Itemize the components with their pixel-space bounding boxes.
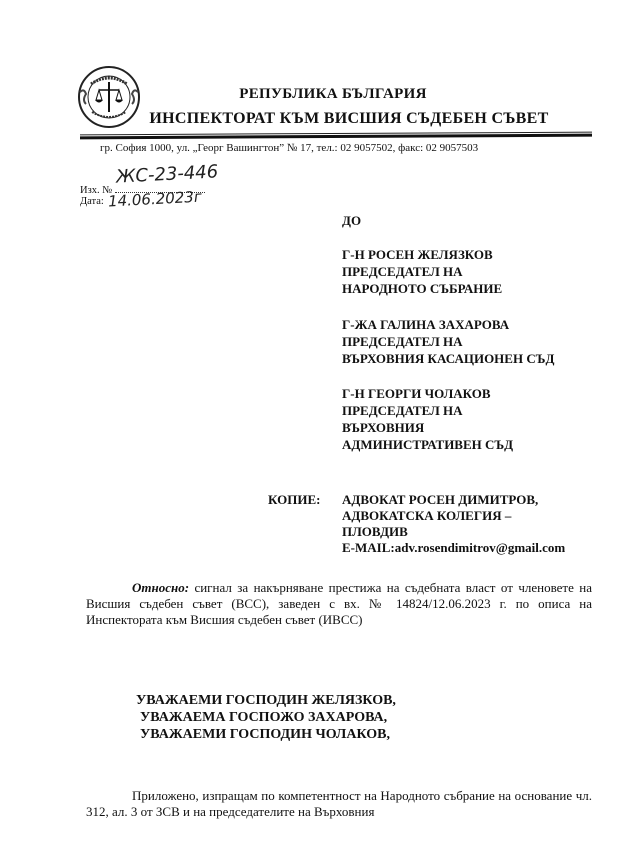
copy-email[interactable]: E-MAIL:adv.rosendimitrov@gmail.com: [342, 540, 565, 556]
recipient-line: НАРОДНОТО СЪБРАНИЕ: [342, 280, 502, 297]
recipient-block: Г-ЖА ГАЛИНА ЗАХАРОВА ПРЕДСЕДАТЕЛ НА ВЪРХ…: [342, 316, 554, 367]
recipient-line: ПРЕДСЕДАТЕЛ НА: [342, 263, 502, 280]
date-row: Дата:: [80, 196, 104, 207]
institution-title: ИНСПЕКТОРАТ КЪМ ВИСШИЯ СЪДЕБЕН СЪВЕТ: [0, 110, 626, 128]
date-label: Дата:: [80, 196, 104, 207]
copy-label: КОПИЕ:: [268, 492, 320, 508]
header-divider: [80, 132, 592, 141]
recipient-line: ПРЕДСЕДАТЕЛ НА: [342, 333, 554, 350]
recipient-line: ПРЕДСЕДАТЕЛ НА: [342, 402, 513, 419]
recipient-line: Г-ЖА ГАЛИНА ЗАХАРОВА: [342, 316, 554, 333]
copy-line: ПЛОВДИВ: [342, 524, 565, 540]
recipient-line: ВЪРХОВНИЯ КАСАЦИОНЕН СЪД: [342, 350, 554, 367]
recipient-line: Г-Н РОСЕН ЖЕЛЯЗКОВ: [342, 246, 502, 263]
to-label: ДО: [342, 212, 361, 229]
salutation-line: УВАЖАЕМА ГОСПОЖО ЗАХАРОВА,: [136, 709, 396, 726]
recipient-block: Г-Н РОСЕН ЖЕЛЯЗКОВ ПРЕДСЕДАТЕЛ НА НАРОДН…: [342, 246, 502, 297]
body-text: Приложено, изпращам по компетентност на …: [86, 788, 592, 819]
recipient-line: Г-Н ГЕОРГИ ЧОЛАКОВ: [342, 385, 513, 402]
recipient-block: Г-Н ГЕОРГИ ЧОЛАКОВ ПРЕДСЕДАТЕЛ НА ВЪРХОВ…: [342, 385, 513, 453]
body-paragraph: Приложено, изпращам по компетентност на …: [86, 788, 592, 820]
recipient-line: ВЪРХОВНИЯ: [342, 419, 513, 436]
copy-line: АДВОКАТСКА КОЛЕГИЯ –: [342, 508, 565, 524]
salutation-line: УВАЖАЕМИ ГОСПОДИН ЧОЛАКОВ,: [136, 726, 396, 743]
salutation-line: УВАЖАЕМИ ГОСПОДИН ЖЕЛЯЗКОВ,: [136, 692, 396, 709]
recipient-line: АДМИНИСТРАТИВЕН СЪД: [342, 436, 513, 453]
subject-paragraph: Относно: сигнал за накърняване престижа …: [86, 580, 592, 628]
subject-label: Относно:: [132, 580, 189, 595]
salutation: УВАЖАЕМИ ГОСПОДИН ЖЕЛЯЗКОВ, УВАЖАЕМА ГОС…: [136, 692, 396, 743]
copy-recipient: АДВОКАТ РОСЕН ДИМИТРОВ, АДВОКАТСКА КОЛЕГ…: [342, 492, 565, 556]
copy-line: АДВОКАТ РОСЕН ДИМИТРОВ,: [342, 492, 565, 508]
date-handwritten: 14.06.2023г: [108, 188, 203, 211]
institution-address: гр. София 1000, ул. „Георг Вашингтон” № …: [100, 142, 478, 154]
country-title: РЕПУБЛИКА БЪЛГАРИЯ: [0, 86, 626, 103]
